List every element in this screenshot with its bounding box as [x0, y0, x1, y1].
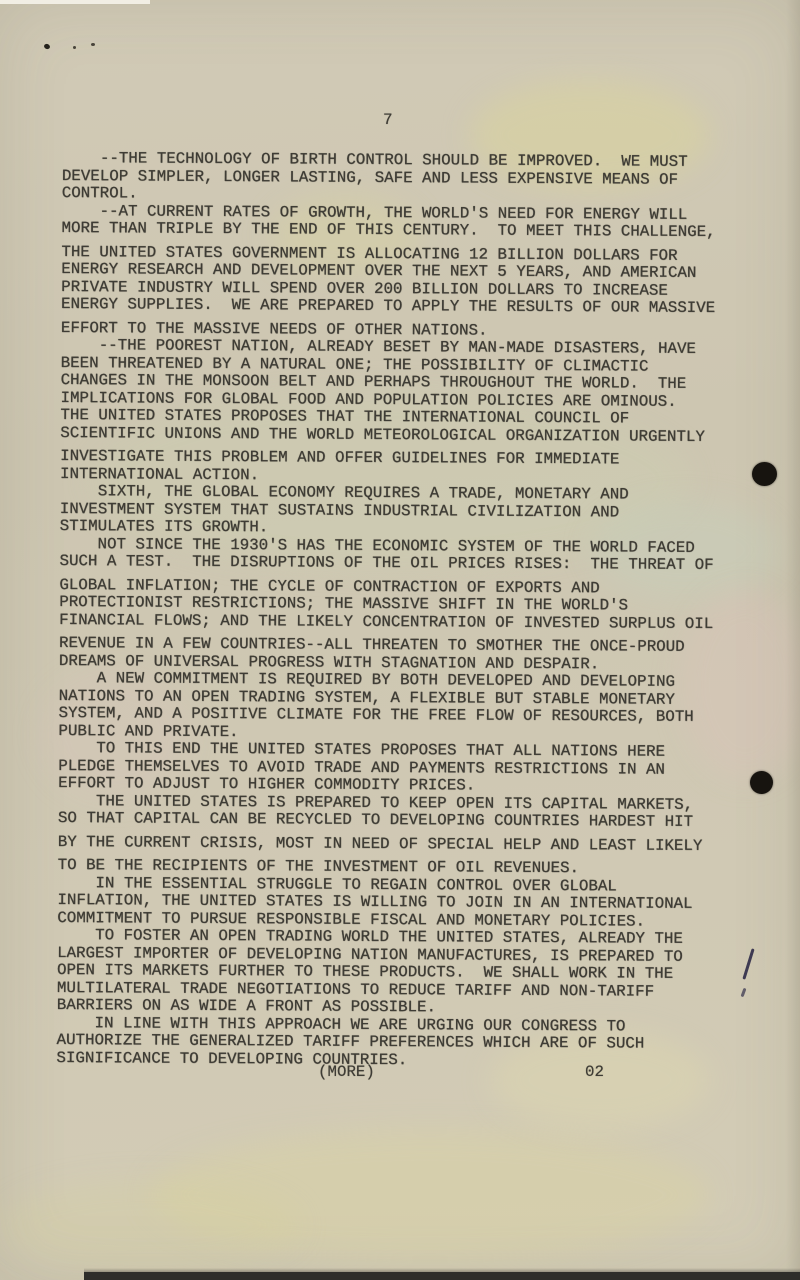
ink-speck-icon: [73, 46, 76, 49]
document-line: SIGNIFICANCE TO DEVELOPING COUNTRIES.: [56, 1049, 756, 1071]
document-line: SCIENTIFIC UNIONS AND THE WORLD METEOROL…: [60, 424, 760, 446]
scan-bottom-bar: [84, 1272, 800, 1280]
ink-speck-icon: [91, 43, 95, 46]
document-text: --THE TECHNOLOGY OF BIRTH CONTROL SHOULD…: [56, 150, 762, 1071]
stain-patch: [0, 1180, 300, 1270]
scan-edge-shading: [786, 0, 800, 1280]
document-line: BY THE CURRENT CRISIS, MOST IN NEED OF S…: [58, 833, 758, 855]
scan-edge-sliver: [0, 0, 150, 4]
page-number: 7: [383, 111, 393, 129]
hole-punch-mark-icon: [752, 462, 777, 486]
stain-patch: [150, 1130, 710, 1260]
document-line: MORE THAN TRIPLE BY THE END OF THIS CENT…: [61, 220, 761, 242]
document-line: SO THAT CAPITAL CAN BE RECYCLED TO DEVEL…: [58, 810, 758, 832]
footer-page-code: 02: [585, 1063, 604, 1081]
document-line: ENERGY SUPPLIES. WE ARE PREPARED TO APPL…: [61, 296, 761, 318]
hole-punch-mark-icon: [750, 771, 773, 794]
scanned-page: 7 --THE TECHNOLOGY OF BIRTH CONTROL SHOU…: [0, 0, 800, 1280]
footer-more-label: (MORE): [318, 1063, 375, 1081]
document-line: SUCH A TEST. THE DISRUPTIONS OF THE OIL …: [59, 553, 759, 575]
ink-speck-icon: [43, 43, 50, 50]
document-line: FINANCIAL FLOWS; AND THE LIKELY CONCENTR…: [59, 611, 759, 633]
